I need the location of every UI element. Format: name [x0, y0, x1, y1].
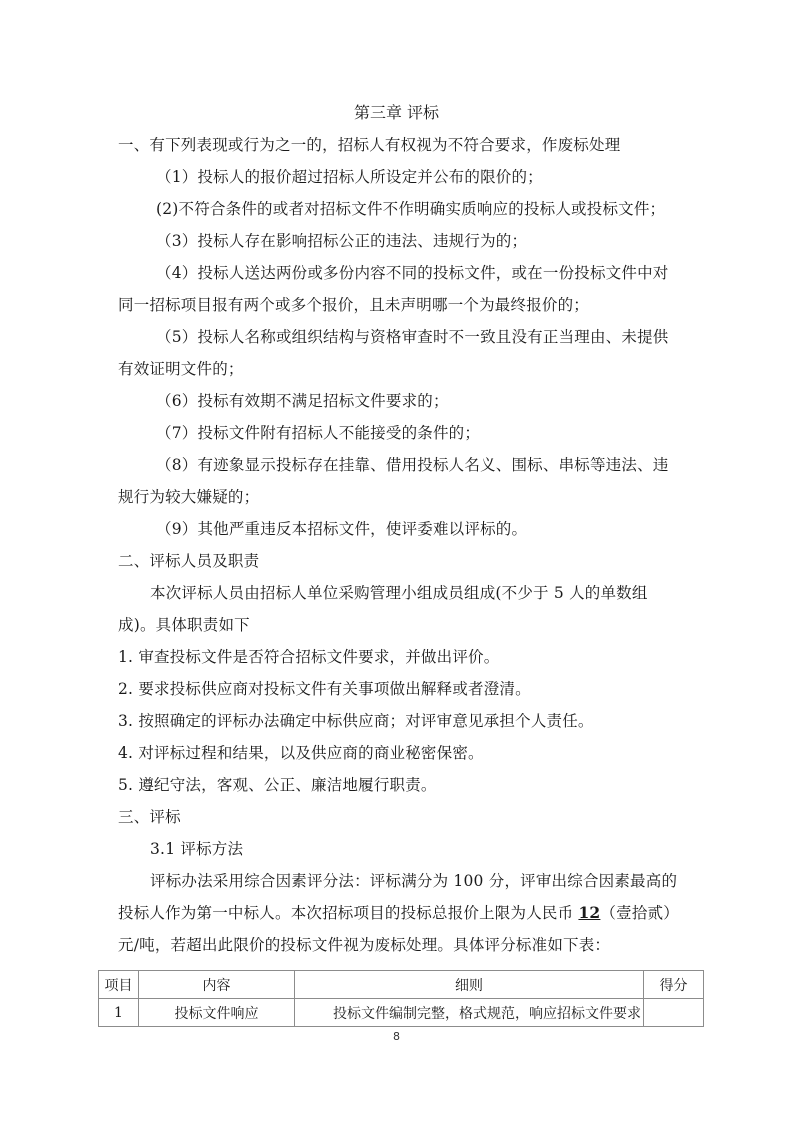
section1-item-8-line1: （8）有迹象显示投标存在挂靠、借用投标人名义、围标、串标等违法、违 — [156, 455, 668, 475]
section1-item-4-line1: （4）投标人送达两份或多份内容不同的投标文件，或在一份投标文件中对 — [156, 263, 668, 283]
scoring-table: 项目 内容 细则 得分 1 投标文件响应 投标文件编制完整，格式规范，响应招标文… — [98, 970, 704, 1027]
page-number: 8 — [0, 1030, 793, 1043]
chapter-title: 第三章 评标 — [0, 103, 793, 123]
section1-item-5-line1: （5）投标人名称或组织结构与资格审查时不一致且没有正当理由、未提供 — [156, 327, 668, 347]
section1-item-6: （6）投标有效期不满足招标文件要求的； — [156, 391, 449, 411]
duty-4: 4. 对评标过程和结果，以及供应商的商业秘密保密。 — [118, 743, 484, 763]
section1-item-9: （9）其他严重违反本招标文件，使评委难以评标的。 — [156, 519, 527, 539]
section3-subheading: 3.1 评标方法 — [150, 839, 243, 859]
section3-para-line2: 投标人作为第一中标人。本次招标项目的投标总报价上限为人民币 12（壹拾贰） — [118, 903, 679, 923]
header-content: 内容 — [139, 971, 295, 999]
section3-para-line3: 元/吨，若超出此限价的投标文件视为废标处理。具体评分标准如下表： — [118, 935, 610, 955]
section3-heading: 三、评标 — [118, 807, 181, 827]
cell-content: 投标文件响应 — [139, 999, 295, 1027]
section1-item-7: （7）投标文件附有招标人不能接受的条件的； — [156, 423, 480, 443]
price-limit-amount: 12 — [578, 903, 600, 922]
duty-5: 5. 遵纪守法，客观、公正、廉洁地履行职责。 — [118, 775, 437, 795]
duty-3: 3. 按照确定的评标办法确定中标供应商；对评审意见承担个人责任。 — [118, 711, 594, 731]
header-rules: 细则 — [295, 971, 644, 999]
para-line2-prefix: 投标人作为第一中标人。本次招标项目的投标总报价上限为人民币 — [118, 904, 578, 922]
cell-rules: 投标文件编制完整，格式规范，响应招标文件要求 — [295, 999, 644, 1027]
header-item: 项目 — [99, 971, 139, 999]
section1-item-1: （1）投标人的报价超过招标人所设定并公布的限价的； — [156, 167, 543, 187]
section1-item-3: （3）投标人存在影响招标公正的违法、违规行为的； — [156, 231, 527, 251]
section1-item-4-line2: 同一招标项目报有两个或多个报价，且未声明哪一个为最终报价的； — [118, 295, 589, 315]
section1-item-8-line2: 规行为较大嫌疑的； — [118, 487, 259, 507]
section1-heading: 一、有下列表现或行为之一的，招标人有权视为不符合要求，作废标处理 — [118, 135, 620, 155]
section1-item-5-line2: 有效证明文件的； — [118, 359, 244, 379]
duty-1: 1. 审查投标文件是否符合招标文件要求，并做出评价。 — [118, 647, 499, 667]
cell-item: 1 — [99, 999, 139, 1027]
section2-heading: 二、评标人员及职责 — [118, 551, 259, 571]
cell-score — [644, 999, 704, 1027]
header-score: 得分 — [644, 971, 704, 999]
table-header-row: 项目 内容 细则 得分 — [99, 971, 704, 999]
section1-item-2: (2)不符合条件的或者对招标文件不作明确实质响应的投标人或投标文件； — [156, 199, 665, 219]
duty-2: 2. 要求投标供应商对投标文件有关事项做出解释或者澄清。 — [118, 679, 531, 699]
section3-para-line1: 评标办法采用综合因素评分法：评标满分为 100 分，评审出综合因素最高的 — [150, 871, 677, 891]
table-row: 1 投标文件响应 投标文件编制完整，格式规范，响应招标文件要求 — [99, 999, 704, 1027]
document-page: 第三章 评标 一、有下列表现或行为之一的，招标人有权视为不符合要求，作废标处理 … — [0, 0, 793, 1122]
section2-intro-line1: 本次评标人员由招标人单位采购管理小组成员组成(不少于 5 人的单数组 — [150, 583, 648, 603]
para-line2-suffix: （壹拾贰） — [600, 904, 679, 922]
section2-intro-line2: 成)。具体职责如下 — [118, 615, 250, 635]
